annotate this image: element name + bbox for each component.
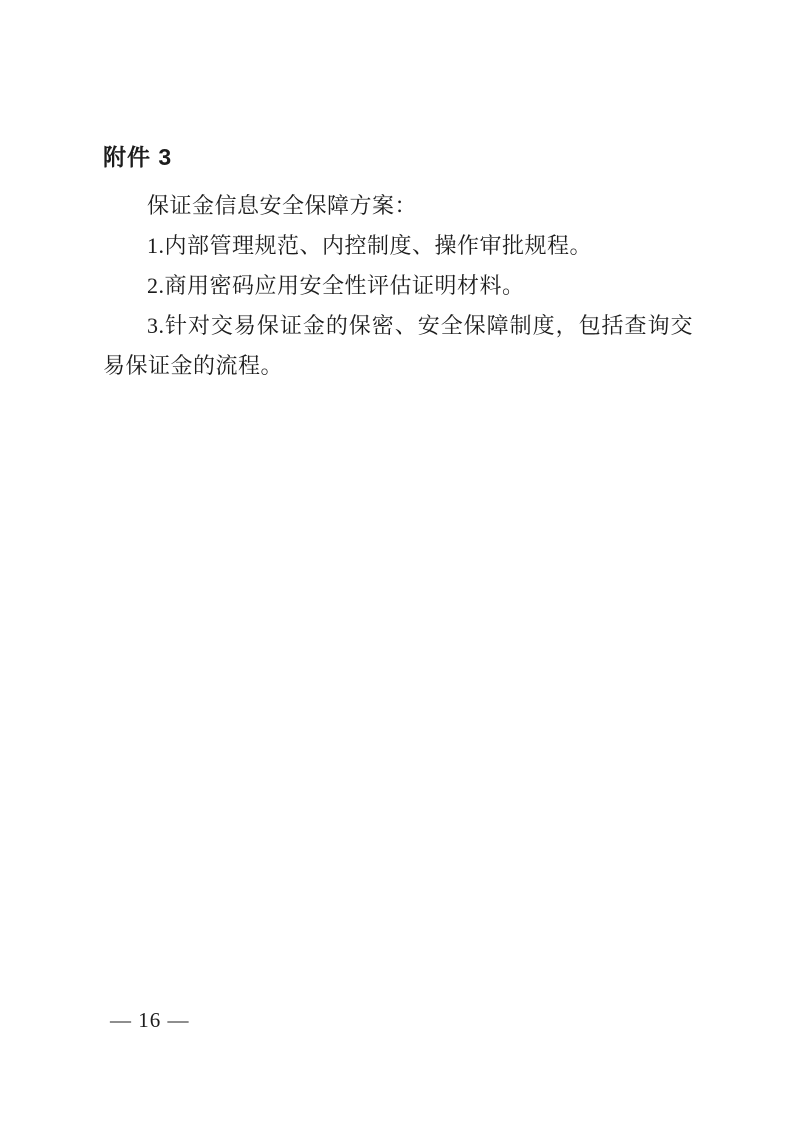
paragraph-item-3: 3.针对交易保证金的保密、安全保障制度，包括查询交易保证金的流程。 — [103, 306, 693, 386]
document-page: 附件 3 保证金信息安全保障方案： 1.内部管理规范、内控制度、操作审批规程。 … — [0, 0, 793, 1122]
body-text-block: 保证金信息安全保障方案： 1.内部管理规范、内控制度、操作审批规程。 2.商用密… — [103, 186, 693, 386]
paragraph-title-line: 保证金信息安全保障方案： — [103, 186, 693, 226]
page-number: — 16 — — [110, 1006, 190, 1034]
paragraph-item-2: 2.商用密码应用安全性评估证明材料。 — [103, 266, 693, 306]
attachment-heading: 附件 3 — [103, 142, 693, 172]
document-content: 附件 3 保证金信息安全保障方案： 1.内部管理规范、内控制度、操作审批规程。 … — [103, 142, 693, 386]
paragraph-item-1: 1.内部管理规范、内控制度、操作审批规程。 — [103, 226, 693, 266]
